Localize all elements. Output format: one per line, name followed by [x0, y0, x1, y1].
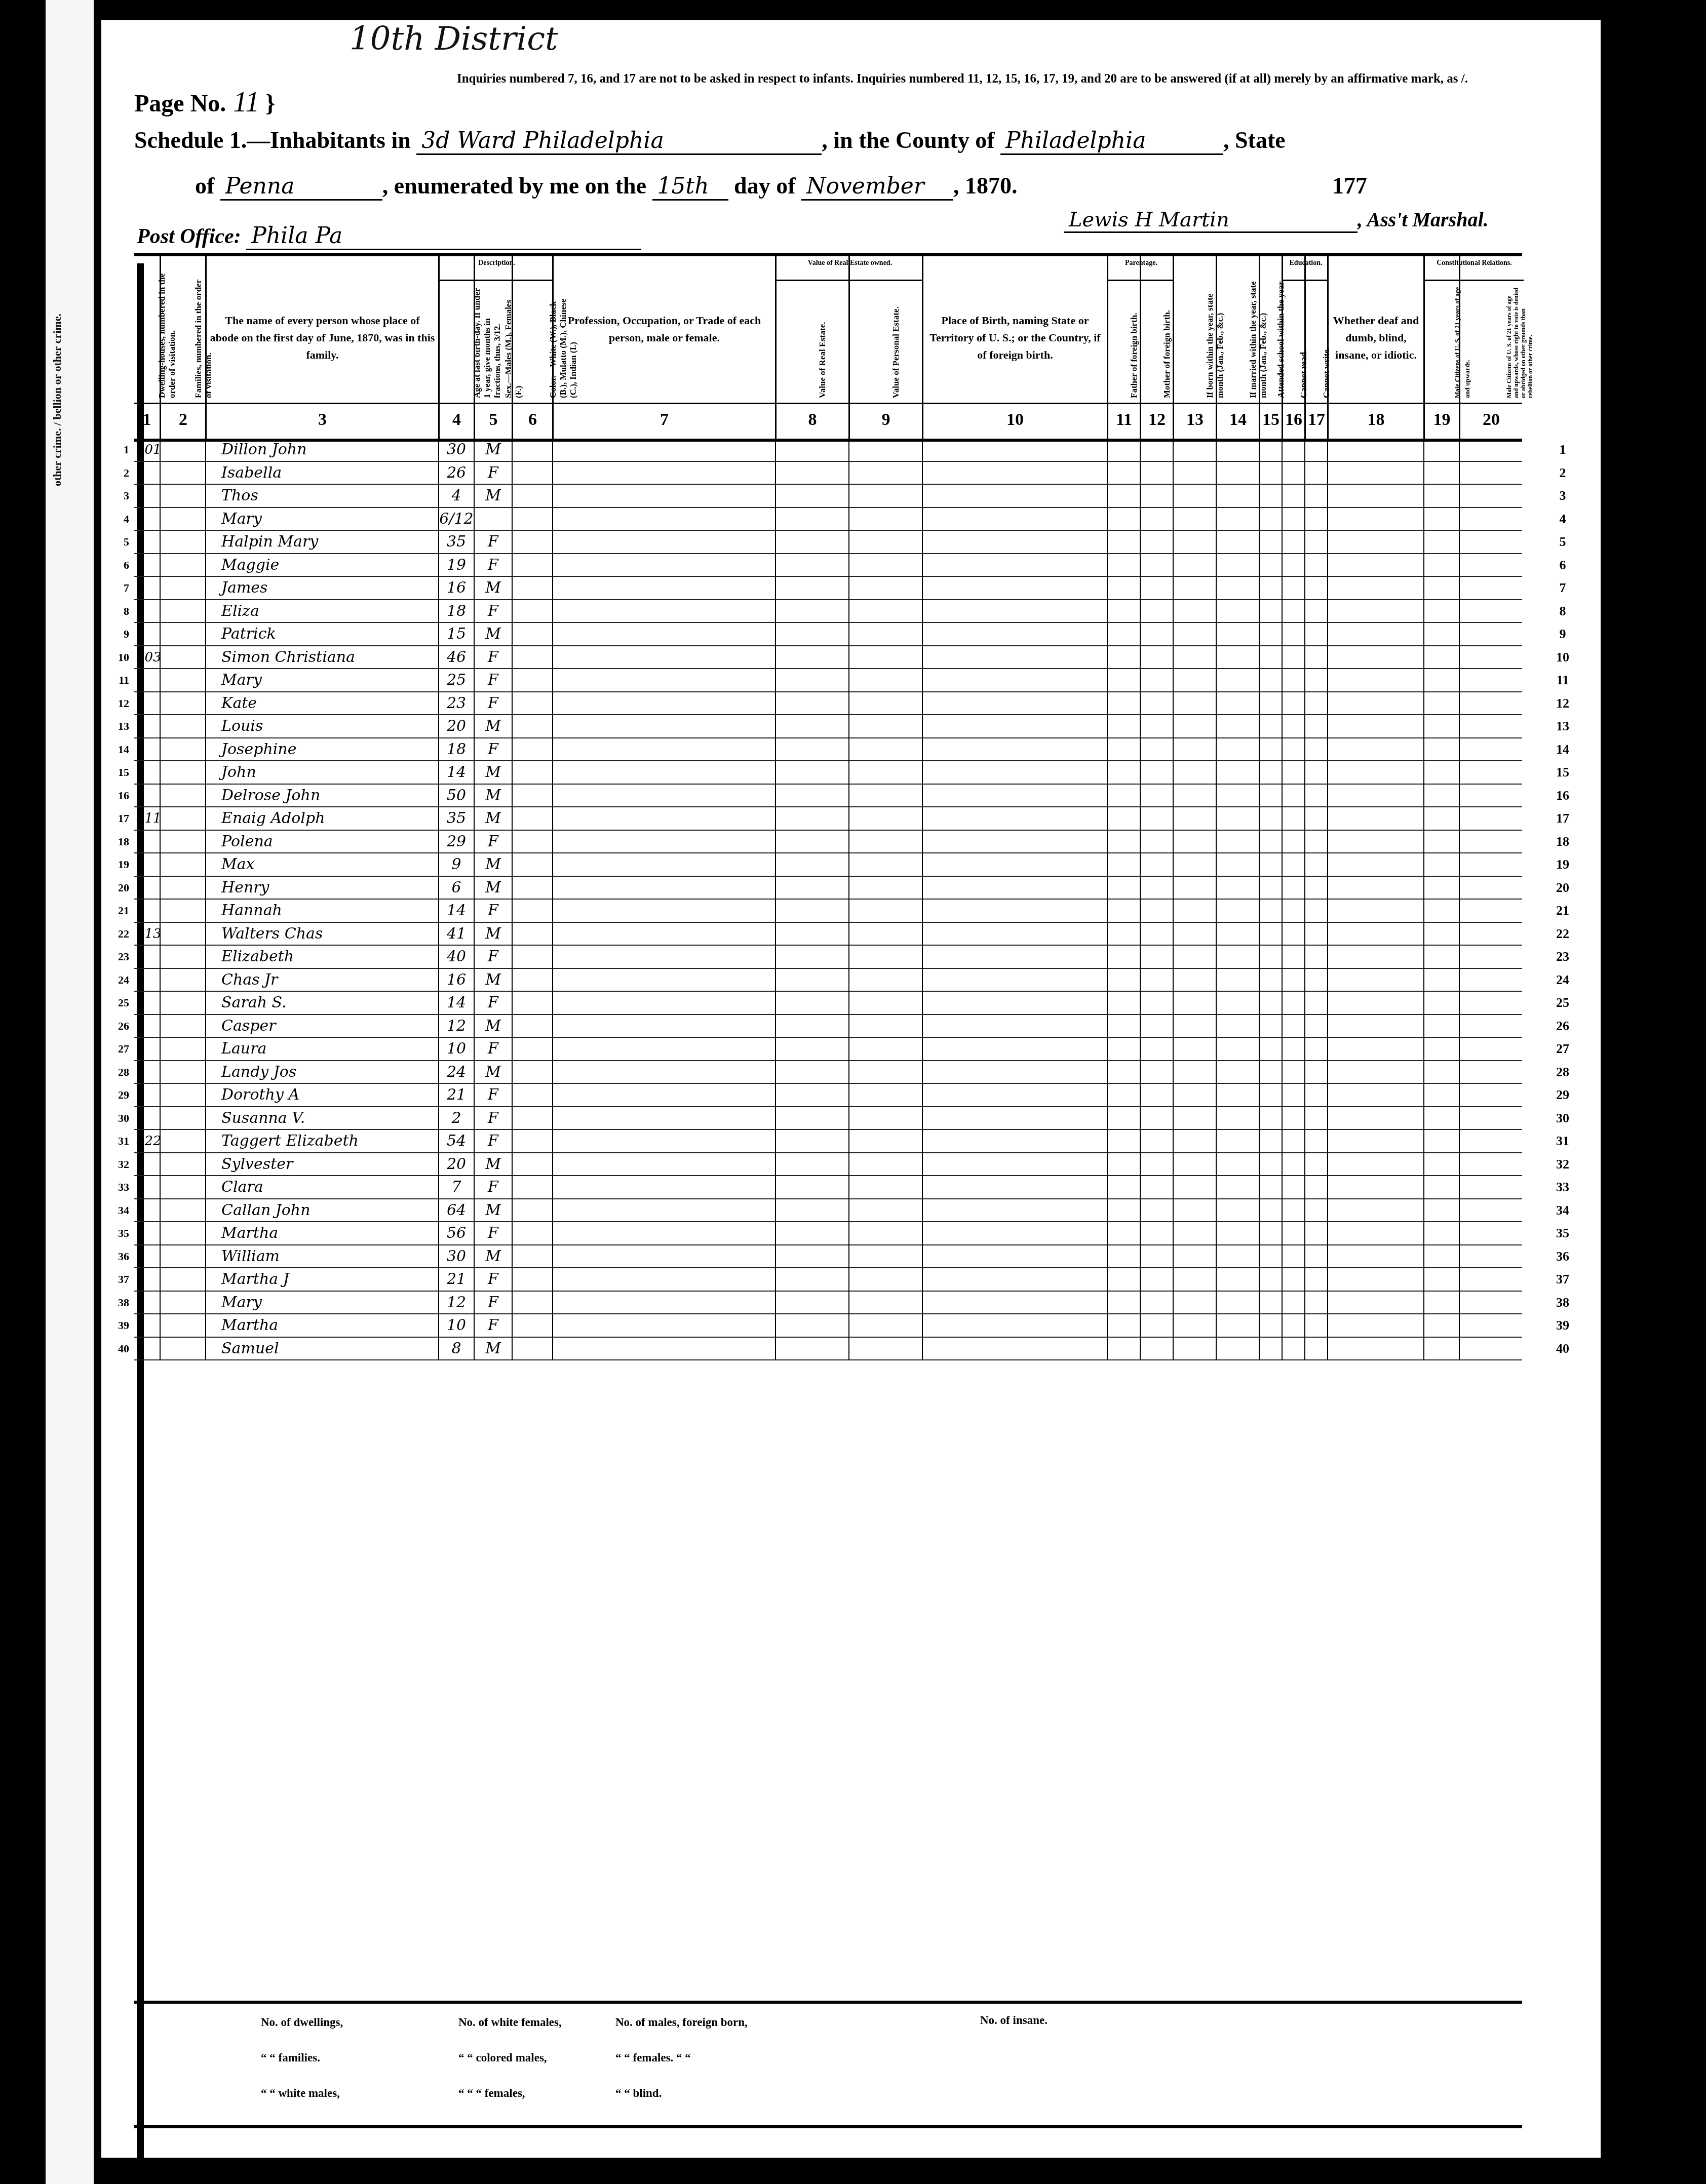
name-cell[interactable]: Callan John [205, 1199, 438, 1223]
col-18-cell[interactable] [1327, 1176, 1423, 1199]
col-14-cell[interactable] [1216, 969, 1259, 992]
col-18-cell[interactable] [1327, 1130, 1423, 1153]
col-12-cell[interactable] [1140, 600, 1173, 623]
col-17-cell[interactable] [1304, 1038, 1327, 1061]
col-7-cell[interactable] [552, 531, 775, 554]
col-7-cell[interactable] [552, 738, 775, 762]
col-10-cell[interactable] [922, 1038, 1107, 1061]
col-2-cell[interactable] [160, 531, 205, 554]
col-2-cell[interactable] [160, 646, 205, 670]
dwelling-cell[interactable]: 8 [134, 1199, 160, 1223]
col-18-cell[interactable] [1327, 508, 1423, 531]
col-11-cell[interactable] [1107, 1338, 1140, 1361]
col-11-cell[interactable] [1107, 531, 1140, 554]
dwelling-cell[interactable] [134, 761, 160, 785]
col-13-cell[interactable] [1173, 831, 1216, 854]
col-20-cell[interactable] [1459, 1038, 1522, 1061]
col-16-cell[interactable] [1282, 1268, 1304, 1292]
col-12-cell[interactable] [1140, 831, 1173, 854]
col-10-cell[interactable] [922, 785, 1107, 808]
col-17-cell[interactable] [1304, 577, 1327, 600]
col-6-cell[interactable] [512, 1107, 552, 1130]
col-12-cell[interactable] [1140, 761, 1173, 785]
col-2-cell[interactable] [160, 623, 205, 646]
sex-cell[interactable]: M [474, 1199, 512, 1223]
age-cell[interactable]: 12 [438, 1015, 474, 1038]
col-6-cell[interactable] [512, 531, 552, 554]
col-13-cell[interactable] [1173, 623, 1216, 646]
dwelling-cell[interactable]: 811 [134, 807, 160, 831]
col-13-cell[interactable] [1173, 715, 1216, 738]
col-18-cell[interactable] [1327, 1338, 1423, 1361]
col-15-cell[interactable] [1259, 1084, 1282, 1107]
dwelling-cell[interactable] [134, 623, 160, 646]
col-10-cell[interactable] [922, 923, 1107, 946]
col-9-cell[interactable] [848, 577, 922, 600]
col-16-cell[interactable] [1282, 923, 1304, 946]
col-19-cell[interactable] [1423, 554, 1459, 577]
col-7-cell[interactable] [552, 485, 775, 508]
col-12-cell[interactable] [1140, 1038, 1173, 1061]
col-2-cell[interactable] [160, 785, 205, 808]
col-8-cell[interactable] [775, 853, 848, 877]
col-13-cell[interactable] [1173, 1292, 1216, 1315]
col-11-cell[interactable] [1107, 1268, 1140, 1292]
col-14-cell[interactable] [1216, 1107, 1259, 1130]
col-16-cell[interactable] [1282, 1038, 1304, 1061]
col-2-cell[interactable] [160, 1222, 205, 1245]
col-6-cell[interactable] [512, 1292, 552, 1315]
col-6-cell[interactable] [512, 600, 552, 623]
col-10-cell[interactable] [922, 1268, 1107, 1292]
name-cell[interactable]: Mary [205, 508, 438, 531]
age-cell[interactable]: 29 [438, 831, 474, 854]
sex-cell[interactable]: F [474, 1130, 512, 1153]
sex-cell[interactable]: F [474, 646, 512, 670]
col-18-cell[interactable] [1327, 761, 1423, 785]
col-6-cell[interactable] [512, 554, 552, 577]
col-6-cell[interactable] [512, 831, 552, 854]
col-10-cell[interactable] [922, 1015, 1107, 1038]
col-20-cell[interactable] [1459, 669, 1522, 692]
col-10-cell[interactable] [922, 1107, 1107, 1130]
col-12-cell[interactable] [1140, 1199, 1173, 1223]
col-14-cell[interactable] [1216, 831, 1259, 854]
col-9-cell[interactable] [848, 600, 922, 623]
col-9-cell[interactable] [848, 877, 922, 900]
col-6-cell[interactable] [512, 877, 552, 900]
col-7-cell[interactable] [552, 1199, 775, 1223]
col-16-cell[interactable] [1282, 439, 1304, 462]
col-20-cell[interactable] [1459, 623, 1522, 646]
col-16-cell[interactable] [1282, 1338, 1304, 1361]
col-9-cell[interactable] [848, 1222, 922, 1245]
col-10-cell[interactable] [922, 508, 1107, 531]
col-6-cell[interactable] [512, 1153, 552, 1177]
col-16-cell[interactable] [1282, 946, 1304, 969]
col-16-cell[interactable] [1282, 1107, 1304, 1130]
col-13-cell[interactable] [1173, 807, 1216, 831]
dwelling-cell[interactable] [134, 1314, 160, 1338]
sex-cell[interactable]: F [474, 669, 512, 692]
col-15-cell[interactable] [1259, 761, 1282, 785]
col-9-cell[interactable] [848, 1176, 922, 1199]
col-14-cell[interactable] [1216, 1038, 1259, 1061]
col-14-cell[interactable] [1216, 1015, 1259, 1038]
col-15-cell[interactable] [1259, 439, 1282, 462]
col-14-cell[interactable] [1216, 508, 1259, 531]
col-20-cell[interactable] [1459, 1153, 1522, 1177]
dwelling-cell[interactable] [134, 1245, 160, 1269]
age-cell[interactable]: 7 [438, 1176, 474, 1199]
col-14-cell[interactable] [1216, 1292, 1259, 1315]
col-11-cell[interactable] [1107, 669, 1140, 692]
age-cell[interactable]: 10 [438, 1038, 474, 1061]
col-13-cell[interactable] [1173, 508, 1216, 531]
col-2-cell[interactable] [160, 1314, 205, 1338]
dwelling-cell[interactable] [134, 1268, 160, 1292]
name-cell[interactable]: Mary [205, 1292, 438, 1315]
col-8-cell[interactable] [775, 1292, 848, 1315]
col-16-cell[interactable] [1282, 738, 1304, 762]
col-9-cell[interactable] [848, 923, 922, 946]
col-10-cell[interactable] [922, 1130, 1107, 1153]
col-6-cell[interactable] [512, 853, 552, 877]
col-17-cell[interactable] [1304, 831, 1327, 854]
col-15-cell[interactable] [1259, 1107, 1282, 1130]
col-2-cell[interactable] [160, 738, 205, 762]
col-11-cell[interactable] [1107, 692, 1140, 716]
col-14-cell[interactable] [1216, 531, 1259, 554]
age-cell[interactable]: 14 [438, 761, 474, 785]
col-11-cell[interactable] [1107, 600, 1140, 623]
col-14-cell[interactable] [1216, 761, 1259, 785]
col-19-cell[interactable] [1423, 785, 1459, 808]
name-cell[interactable]: Louis [205, 715, 438, 738]
sex-cell[interactable]: F [474, 554, 512, 577]
col-19-cell[interactable] [1423, 577, 1459, 600]
col-9-cell[interactable] [848, 1015, 922, 1038]
col-2-cell[interactable] [160, 485, 205, 508]
col-2-cell[interactable] [160, 1176, 205, 1199]
col-10-cell[interactable] [922, 1176, 1107, 1199]
col-17-cell[interactable] [1304, 439, 1327, 462]
col-7-cell[interactable] [552, 831, 775, 854]
col-2-cell[interactable] [160, 1015, 205, 1038]
age-cell[interactable]: 4 [438, 485, 474, 508]
sex-cell[interactable]: M [474, 923, 512, 946]
sex-cell[interactable]: F [474, 531, 512, 554]
col-8-cell[interactable] [775, 1038, 848, 1061]
col-19-cell[interactable] [1423, 1199, 1459, 1223]
col-2-cell[interactable] [160, 1107, 205, 1130]
day-field[interactable]: 15th [652, 173, 728, 201]
dwelling-cell[interactable] [134, 1061, 160, 1084]
col-14-cell[interactable] [1216, 992, 1259, 1015]
col-2-cell[interactable] [160, 946, 205, 969]
dwelling-cell[interactable] [134, 738, 160, 762]
col-10-cell[interactable] [922, 600, 1107, 623]
col-2-cell[interactable] [160, 669, 205, 692]
col-15-cell[interactable] [1259, 669, 1282, 692]
col-11-cell[interactable] [1107, 877, 1140, 900]
col-2-cell[interactable] [160, 577, 205, 600]
col-17-cell[interactable] [1304, 1084, 1327, 1107]
col-2-cell[interactable] [160, 761, 205, 785]
name-cell[interactable]: Susanna V. [205, 1107, 438, 1130]
col-15-cell[interactable] [1259, 1153, 1282, 1177]
place-field[interactable]: 3d Ward Philadelphia [416, 128, 822, 155]
col-13-cell[interactable] [1173, 1176, 1216, 1199]
col-9-cell[interactable] [848, 1130, 922, 1153]
name-cell[interactable]: Landy Jos [205, 1061, 438, 1084]
col-15-cell[interactable] [1259, 1061, 1282, 1084]
col-14-cell[interactable] [1216, 923, 1259, 946]
col-11-cell[interactable] [1107, 992, 1140, 1015]
col-11-cell[interactable] [1107, 1107, 1140, 1130]
col-7-cell[interactable] [552, 992, 775, 1015]
sex-cell[interactable]: F [474, 1038, 512, 1061]
col-10-cell[interactable] [922, 738, 1107, 762]
col-8-cell[interactable] [775, 1245, 848, 1269]
col-15-cell[interactable] [1259, 1176, 1282, 1199]
col-7-cell[interactable] [552, 439, 775, 462]
col-8-cell[interactable] [775, 807, 848, 831]
col-7-cell[interactable] [552, 577, 775, 600]
col-8-cell[interactable] [775, 1268, 848, 1292]
col-10-cell[interactable] [922, 646, 1107, 670]
col-13-cell[interactable] [1173, 669, 1216, 692]
col-20-cell[interactable] [1459, 785, 1522, 808]
col-10-cell[interactable] [922, 1314, 1107, 1338]
col-11-cell[interactable] [1107, 485, 1140, 508]
col-13-cell[interactable] [1173, 877, 1216, 900]
dwelling-cell[interactable] [134, 900, 160, 923]
col-13-cell[interactable] [1173, 1084, 1216, 1107]
col-20-cell[interactable] [1459, 738, 1522, 762]
col-19-cell[interactable] [1423, 877, 1459, 900]
age-cell[interactable]: 16 [438, 577, 474, 600]
col-14-cell[interactable] [1216, 485, 1259, 508]
col-15-cell[interactable] [1259, 1314, 1282, 1338]
col-20-cell[interactable] [1459, 1107, 1522, 1130]
col-6-cell[interactable] [512, 1338, 552, 1361]
col-20-cell[interactable] [1459, 923, 1522, 946]
col-6-cell[interactable] [512, 1038, 552, 1061]
col-10-cell[interactable] [922, 992, 1107, 1015]
col-11-cell[interactable] [1107, 785, 1140, 808]
col-18-cell[interactable] [1327, 1245, 1423, 1269]
col-8-cell[interactable] [775, 738, 848, 762]
col-10-cell[interactable] [922, 669, 1107, 692]
col-8-cell[interactable] [775, 1084, 848, 1107]
col-13-cell[interactable] [1173, 761, 1216, 785]
col-16-cell[interactable] [1282, 853, 1304, 877]
name-cell[interactable]: Taggert Elizabeth [205, 1130, 438, 1153]
col-14-cell[interactable] [1216, 439, 1259, 462]
col-18-cell[interactable] [1327, 623, 1423, 646]
col-6-cell[interactable] [512, 1176, 552, 1199]
col-17-cell[interactable] [1304, 715, 1327, 738]
col-13-cell[interactable] [1173, 1038, 1216, 1061]
col-13-cell[interactable] [1173, 1130, 1216, 1153]
col-12-cell[interactable] [1140, 1314, 1173, 1338]
col-7-cell[interactable] [552, 1245, 775, 1269]
age-cell[interactable]: 19 [438, 554, 474, 577]
col-2-cell[interactable] [160, 969, 205, 992]
col-13-cell[interactable] [1173, 1338, 1216, 1361]
dwelling-cell[interactable] [134, 1084, 160, 1107]
col-11-cell[interactable] [1107, 1199, 1140, 1223]
col-12-cell[interactable] [1140, 1292, 1173, 1315]
col-9-cell[interactable] [848, 1314, 922, 1338]
sex-cell[interactable]: F [474, 1268, 512, 1292]
col-11-cell[interactable] [1107, 900, 1140, 923]
col-16-cell[interactable] [1282, 969, 1304, 992]
col-17-cell[interactable] [1304, 600, 1327, 623]
col-19-cell[interactable] [1423, 1015, 1459, 1038]
sex-cell[interactable]: F [474, 1314, 512, 1338]
col-8-cell[interactable] [775, 1107, 848, 1130]
col-12-cell[interactable] [1140, 1061, 1173, 1084]
col-19-cell[interactable] [1423, 485, 1459, 508]
col-13-cell[interactable] [1173, 1245, 1216, 1269]
dwelling-cell[interactable] [134, 853, 160, 877]
col-19-cell[interactable] [1423, 1061, 1459, 1084]
col-19-cell[interactable] [1423, 1268, 1459, 1292]
sex-cell[interactable]: M [474, 623, 512, 646]
col-18-cell[interactable] [1327, 992, 1423, 1015]
col-8-cell[interactable] [775, 485, 848, 508]
dwelling-cell[interactable] [134, 485, 160, 508]
col-20-cell[interactable] [1459, 831, 1522, 854]
col-20-cell[interactable] [1459, 1268, 1522, 1292]
col-16-cell[interactable] [1282, 1245, 1304, 1269]
col-19-cell[interactable] [1423, 623, 1459, 646]
col-14-cell[interactable] [1216, 853, 1259, 877]
col-9-cell[interactable] [848, 1084, 922, 1107]
col-18-cell[interactable] [1327, 1084, 1423, 1107]
col-11-cell[interactable] [1107, 1222, 1140, 1245]
sex-cell[interactable]: M [474, 1061, 512, 1084]
col-20-cell[interactable] [1459, 761, 1522, 785]
age-cell[interactable]: 35 [438, 807, 474, 831]
col-12-cell[interactable] [1140, 1107, 1173, 1130]
col-11-cell[interactable] [1107, 439, 1140, 462]
col-18-cell[interactable] [1327, 554, 1423, 577]
sex-cell[interactable]: F [474, 946, 512, 969]
col-14-cell[interactable] [1216, 1314, 1259, 1338]
col-20-cell[interactable] [1459, 1130, 1522, 1153]
col-7-cell[interactable] [552, 1015, 775, 1038]
name-cell[interactable]: Martha [205, 1222, 438, 1245]
age-cell[interactable]: 41 [438, 923, 474, 946]
dwelling-cell[interactable] [134, 1107, 160, 1130]
name-cell[interactable]: Elizabeth [205, 946, 438, 969]
col-19-cell[interactable] [1423, 1176, 1459, 1199]
col-6-cell[interactable] [512, 923, 552, 946]
col-7-cell[interactable] [552, 669, 775, 692]
sex-cell[interactable]: M [474, 1153, 512, 1177]
col-6-cell[interactable] [512, 1015, 552, 1038]
name-cell[interactable]: Isabella [205, 462, 438, 485]
col-13-cell[interactable] [1173, 1199, 1216, 1223]
name-cell[interactable]: Thos [205, 485, 438, 508]
col-6-cell[interactable] [512, 1084, 552, 1107]
col-2-cell[interactable] [160, 439, 205, 462]
col-2-cell[interactable] [160, 1061, 205, 1084]
col-7-cell[interactable] [552, 1107, 775, 1130]
col-16-cell[interactable] [1282, 531, 1304, 554]
col-14-cell[interactable] [1216, 1084, 1259, 1107]
col-14-cell[interactable] [1216, 738, 1259, 762]
age-cell[interactable]: 14 [438, 992, 474, 1015]
col-13-cell[interactable] [1173, 531, 1216, 554]
col-16-cell[interactable] [1282, 577, 1304, 600]
col-12-cell[interactable] [1140, 923, 1173, 946]
col-16-cell[interactable] [1282, 692, 1304, 716]
sex-cell[interactable]: M [474, 877, 512, 900]
col-14-cell[interactable] [1216, 646, 1259, 670]
col-2-cell[interactable] [160, 807, 205, 831]
marshal-name-field[interactable]: Lewis H Martin [1064, 208, 1358, 233]
col-6-cell[interactable] [512, 738, 552, 762]
col-17-cell[interactable] [1304, 1107, 1327, 1130]
col-20-cell[interactable] [1459, 1015, 1522, 1038]
col-11-cell[interactable] [1107, 577, 1140, 600]
col-6-cell[interactable] [512, 1130, 552, 1153]
col-2-cell[interactable] [160, 1153, 205, 1177]
age-cell[interactable]: 24 [438, 1061, 474, 1084]
col-16-cell[interactable] [1282, 623, 1304, 646]
col-18-cell[interactable] [1327, 462, 1423, 485]
name-cell[interactable]: Samuel [205, 1338, 438, 1361]
col-15-cell[interactable] [1259, 1245, 1282, 1269]
age-cell[interactable]: 50 [438, 785, 474, 808]
age-cell[interactable]: 14 [438, 900, 474, 923]
name-cell[interactable]: Dillon John [205, 439, 438, 462]
col-6-cell[interactable] [512, 969, 552, 992]
col-7-cell[interactable] [552, 807, 775, 831]
col-7-cell[interactable] [552, 946, 775, 969]
col-19-cell[interactable] [1423, 969, 1459, 992]
col-17-cell[interactable] [1304, 1199, 1327, 1223]
col-10-cell[interactable] [922, 1245, 1107, 1269]
col-14-cell[interactable] [1216, 1338, 1259, 1361]
col-14-cell[interactable] [1216, 600, 1259, 623]
col-16-cell[interactable] [1282, 1199, 1304, 1223]
col-19-cell[interactable] [1423, 1038, 1459, 1061]
col-16-cell[interactable] [1282, 600, 1304, 623]
col-6-cell[interactable] [512, 508, 552, 531]
col-9-cell[interactable] [848, 646, 922, 670]
name-cell[interactable]: Polena [205, 831, 438, 854]
dwelling-cell[interactable] [134, 992, 160, 1015]
col-13-cell[interactable] [1173, 554, 1216, 577]
col-12-cell[interactable] [1140, 439, 1173, 462]
col-11-cell[interactable] [1107, 646, 1140, 670]
col-7-cell[interactable] [552, 1084, 775, 1107]
col-18-cell[interactable] [1327, 1015, 1423, 1038]
col-11-cell[interactable] [1107, 807, 1140, 831]
col-15-cell[interactable] [1259, 715, 1282, 738]
col-13-cell[interactable] [1173, 577, 1216, 600]
col-13-cell[interactable] [1173, 1222, 1216, 1245]
col-9-cell[interactable] [848, 992, 922, 1015]
name-cell[interactable]: Maggie [205, 554, 438, 577]
col-12-cell[interactable] [1140, 1130, 1173, 1153]
col-6-cell[interactable] [512, 485, 552, 508]
